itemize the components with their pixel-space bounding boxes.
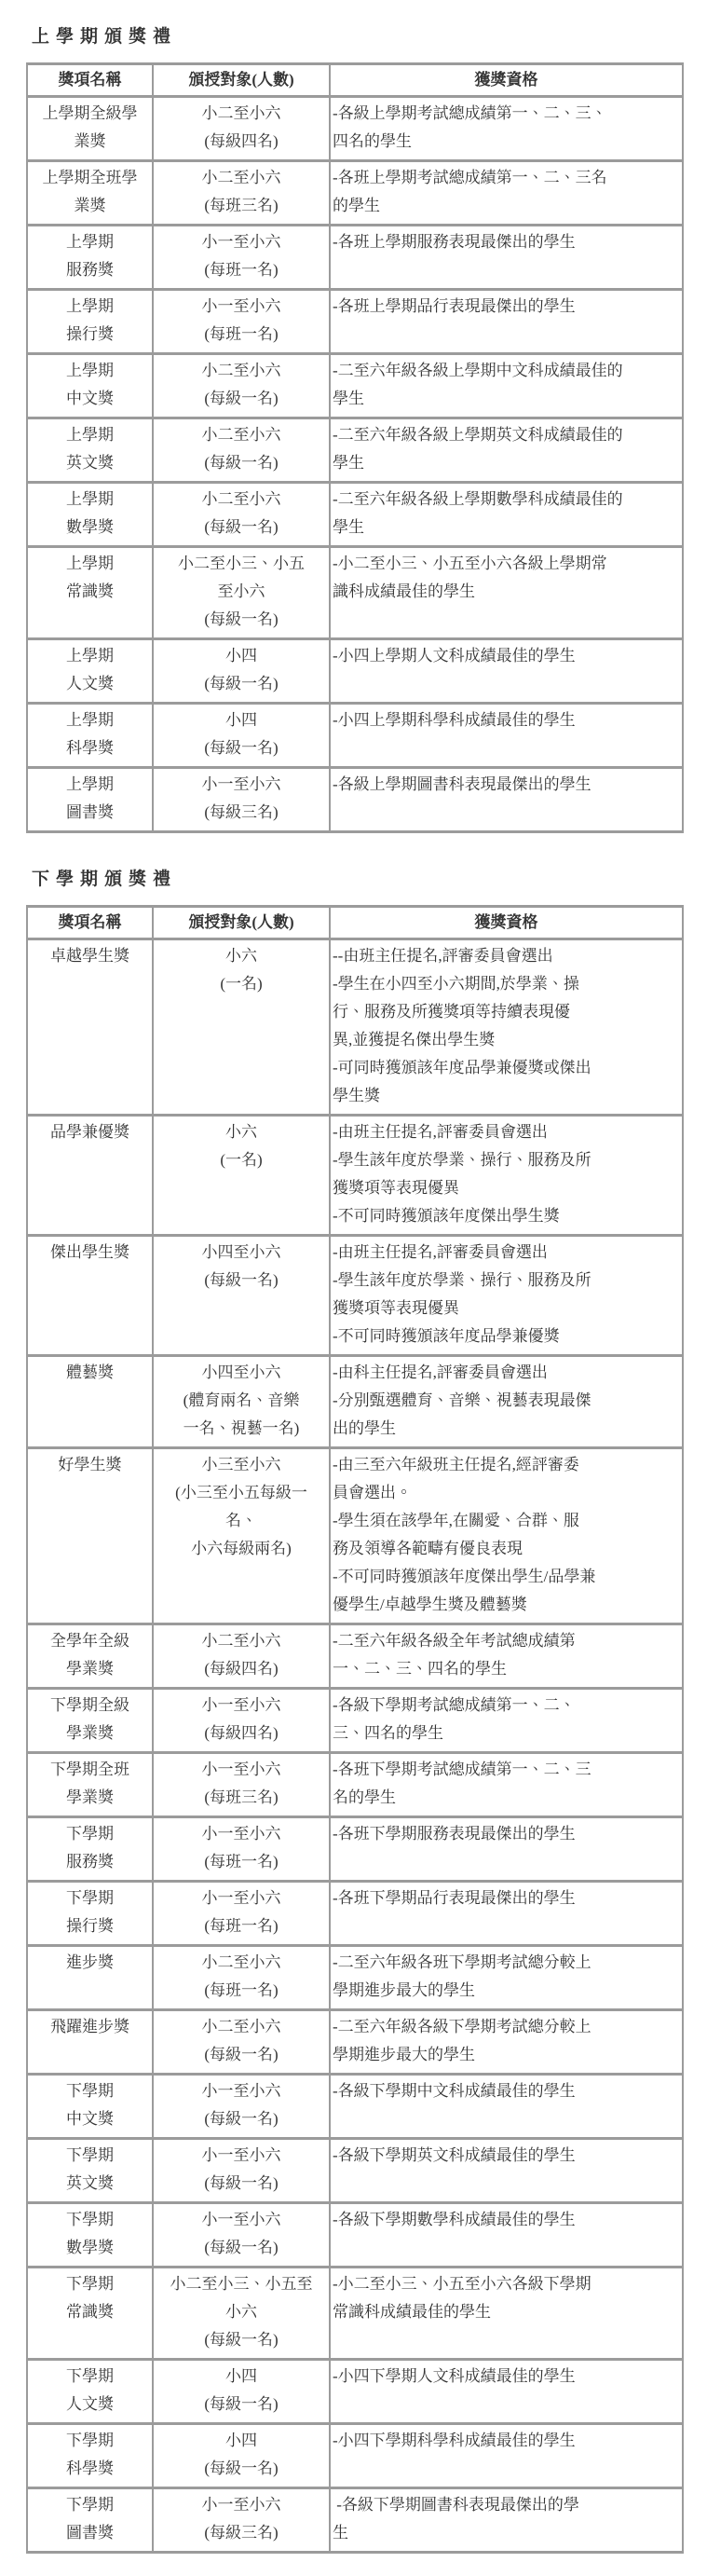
table-row: 卓越學生獎 小六 (一名) --由班主任提名,評審委員會選出 -學生在小四至小六… bbox=[27, 939, 683, 1116]
award-name-cell: 上學期 常識獎 bbox=[27, 547, 153, 639]
table-row: 體藝獎 小四至小六 (體育兩名、音樂 一名、視藝一名) -由科主任提名,評審委員… bbox=[27, 1356, 683, 1448]
table-row: 下學期 英文獎 小一至小六 (每級一名) -各級下學期英文科成績最佳的學生 bbox=[27, 2139, 683, 2203]
award-name-cell: 傑出學生獎 bbox=[27, 1236, 153, 1356]
table-row: 上學期 常識獎 小二至小三、小五 至小六 (每級一名) -小二至小三、小五至小六… bbox=[27, 547, 683, 639]
recipients-cell: 小六 (一名) bbox=[153, 939, 330, 1116]
table-row: 下學期全級 學業獎 小一至小六 (每級四名) -各級下學期考試總成績第一、二、 … bbox=[27, 1689, 683, 1753]
award-name-cell: 下學期 人文獎 bbox=[27, 2360, 153, 2424]
recipients-cell: 小二至小六 (每級一名) bbox=[153, 354, 330, 418]
table-row: 下學期 圖書獎 小一至小六 (每級三名) -各級下學期圖書科表現最傑出的學 生 bbox=[27, 2488, 683, 2553]
recipients-cell: 小二至小六 (每級一名) bbox=[153, 418, 330, 483]
award-name-cell: 下學期 數學獎 bbox=[27, 2203, 153, 2268]
first-term-awards-table: 獎項名稱 頒授對象(人數) 獲獎資格 上學期全級學 業獎 小二至小六 (每級四名… bbox=[26, 62, 684, 833]
award-name-cell: 下學期全班 學業獎 bbox=[27, 1753, 153, 1817]
criteria-cell: -二至六年級各級上學期英文科成績最佳的 學生 bbox=[330, 418, 683, 483]
criteria-cell: -各班上學期考試總成績第一、二、三名 的學生 bbox=[330, 161, 683, 226]
first-term-section: 上學期頒獎禮 獎項名稱 頒授對象(人數) 獲獎資格 上學期全級學 業獎 小二至小… bbox=[26, 22, 683, 833]
recipients-cell: 小一至小六 (每班一名) bbox=[153, 1882, 330, 1946]
recipients-cell: 小四 (每級一名) bbox=[153, 2360, 330, 2424]
table-row: 好學生獎 小三至小六 (小三至小五每級一 名、 小六每級兩名) -由三至六年級班… bbox=[27, 1448, 683, 1624]
criteria-cell: -由班主任提名,評審委員會選出 -學生該年度於學業、操行、服務及所 獲獎項等表現… bbox=[330, 1236, 683, 1356]
award-name-cell: 下學期 服務獎 bbox=[27, 1817, 153, 1882]
criteria-cell: -各級下學期中文科成績最佳的學生 bbox=[330, 2075, 683, 2139]
criteria-cell: -各級下學期英文科成績最佳的學生 bbox=[330, 2139, 683, 2203]
recipients-cell: 小六 (一名) bbox=[153, 1116, 330, 1236]
criteria-cell: -小四下學期科學科成績最佳的學生 bbox=[330, 2424, 683, 2488]
table-row: 下學期 數學獎 小一至小六 (每級一名) -各級下學期數學科成績最佳的學生 bbox=[27, 2203, 683, 2268]
document-page: { "theme": { "background": "#ffffff", "t… bbox=[0, 0, 707, 2576]
award-name-cell: 下學期全級 學業獎 bbox=[27, 1689, 153, 1753]
second-term-awards-table: 獎項名稱 頒授對象(人數) 獲獎資格 卓越學生獎 小六 (一名) --由班主任提… bbox=[26, 905, 684, 2554]
recipients-cell: 小四至小六 (每級一名) bbox=[153, 1236, 330, 1356]
award-name-cell: 下學期 圖書獎 bbox=[27, 2488, 153, 2553]
table-row: 上學期 數學獎 小二至小六 (每級一名) -二至六年級各級上學期數學科成績最佳的… bbox=[27, 483, 683, 547]
award-name-cell: 上學期全級學 業獎 bbox=[27, 97, 153, 161]
criteria-cell: -小四上學期人文科成績最佳的學生 bbox=[330, 639, 683, 704]
table-header-row: 獎項名稱 頒授對象(人數) 獲獎資格 bbox=[27, 907, 683, 939]
recipients-cell: 小四 (每級一名) bbox=[153, 639, 330, 704]
criteria-cell: -各級上學期考試總成績第一、二、三、 四名的學生 bbox=[330, 97, 683, 161]
recipients-cell: 小二至小六 (每級一名) bbox=[153, 483, 330, 547]
criteria-cell: -各級上學期圖書科表現最傑出的學生 bbox=[330, 768, 683, 832]
table-body: 卓越學生獎 小六 (一名) --由班主任提名,評審委員會選出 -學生在小四至小六… bbox=[27, 939, 683, 2553]
criteria-cell: -各班下學期服務表現最傑出的學生 bbox=[330, 1817, 683, 1882]
recipients-cell: 小二至小三、小五至 小六 (每級一名) bbox=[153, 2268, 330, 2360]
criteria-cell: --由班主任提名,評審委員會選出 -學生在小四至小六期間,於學業、操 行、服務及… bbox=[330, 939, 683, 1116]
award-name-cell: 上學期 服務獎 bbox=[27, 226, 153, 290]
recipients-cell: 小二至小三、小五 至小六 (每級一名) bbox=[153, 547, 330, 639]
table-row: 上學期 人文獎 小四 (每級一名) -小四上學期人文科成績最佳的學生 bbox=[27, 639, 683, 704]
table-row: 傑出學生獎 小四至小六 (每級一名) -由班主任提名,評審委員會選出 -學生該年… bbox=[27, 1236, 683, 1356]
award-name-cell: 好學生獎 bbox=[27, 1448, 153, 1624]
table-row: 下學期 操行獎 小一至小六 (每班一名) -各班下學期品行表現最傑出的學生 bbox=[27, 1882, 683, 1946]
table-row: 上學期 服務獎 小一至小六 (每班一名) -各班上學期服務表現最傑出的學生 bbox=[27, 226, 683, 290]
award-name-cell: 品學兼優獎 bbox=[27, 1116, 153, 1236]
first-term-title: 上學期頒獎禮 bbox=[32, 22, 683, 48]
table-row: 上學期 圖書獎 小一至小六 (每級三名) -各級上學期圖書科表現最傑出的學生 bbox=[27, 768, 683, 832]
criteria-cell: -二至六年級各級上學期數學科成績最佳的 學生 bbox=[330, 483, 683, 547]
recipients-cell: 小三至小六 (小三至小五每級一 名、 小六每級兩名) bbox=[153, 1448, 330, 1624]
award-name-cell: 飛躍進步獎 bbox=[27, 2010, 153, 2075]
recipients-cell: 小一至小六 (每級一名) bbox=[153, 2203, 330, 2268]
award-name-cell: 上學期 英文獎 bbox=[27, 418, 153, 483]
table-row: 下學期全班 學業獎 小一至小六 (每班三名) -各班下學期考試總成績第一、二、三… bbox=[27, 1753, 683, 1817]
table-row: 上學期 科學獎 小四 (每級一名) -小四上學期科學科成績最佳的學生 bbox=[27, 704, 683, 768]
award-name-cell: 上學期 數學獎 bbox=[27, 483, 153, 547]
recipients-cell: 小一至小六 (每班三名) bbox=[153, 1753, 330, 1817]
header-criteria: 獲獎資格 bbox=[330, 64, 683, 97]
recipients-cell: 小二至小六 (每級四名) bbox=[153, 97, 330, 161]
table-body: 上學期全級學 業獎 小二至小六 (每級四名) -各級上學期考試總成績第一、二、三… bbox=[27, 97, 683, 832]
criteria-cell: -由三至六年級班主任提名,經評審委 員會選出。 -學生須在該學年,在關愛、合群、… bbox=[330, 1448, 683, 1624]
recipients-cell: 小一至小六 (每級三名) bbox=[153, 2488, 330, 2553]
award-name-cell: 下學期 中文獎 bbox=[27, 2075, 153, 2139]
award-name-cell: 下學期 科學獎 bbox=[27, 2424, 153, 2488]
recipients-cell: 小二至小六 (每班三名) bbox=[153, 161, 330, 226]
criteria-cell: -小二至小三、小五至小六各級下學期 常識科成績最佳的學生 bbox=[330, 2268, 683, 2360]
table-header-row: 獎項名稱 頒授對象(人數) 獲獎資格 bbox=[27, 64, 683, 97]
criteria-cell: -小四下學期人文科成績最佳的學生 bbox=[330, 2360, 683, 2424]
criteria-cell: -各級下學期數學科成績最佳的學生 bbox=[330, 2203, 683, 2268]
criteria-cell: -各級下學期圖書科表現最傑出的學 生 bbox=[330, 2488, 683, 2553]
header-recipients: 頒授對象(人數) bbox=[153, 907, 330, 939]
table-row: 上學期 英文獎 小二至小六 (每級一名) -二至六年級各級上學期英文科成績最佳的… bbox=[27, 418, 683, 483]
award-name-cell: 上學期 圖書獎 bbox=[27, 768, 153, 832]
table-row: 下學期 中文獎 小一至小六 (每級一名) -各級下學期中文科成績最佳的學生 bbox=[27, 2075, 683, 2139]
criteria-cell: -二至六年級各班下學期考試總分較上 學期進步最大的學生 bbox=[330, 1946, 683, 2010]
header-recipients: 頒授對象(人數) bbox=[153, 64, 330, 97]
recipients-cell: 小一至小六 (每級一名) bbox=[153, 2139, 330, 2203]
criteria-cell: -二至六年級各級下學期考試總分較上 學期進步最大的學生 bbox=[330, 2010, 683, 2075]
recipients-cell: 小一至小六 (每班一名) bbox=[153, 226, 330, 290]
table-row: 進步獎 小二至小六 (每班一名) -二至六年級各班下學期考試總分較上 學期進步最… bbox=[27, 1946, 683, 2010]
award-name-cell: 上學期 中文獎 bbox=[27, 354, 153, 418]
table-row: 品學兼優獎 小六 (一名) -由班主任提名,評審委員會選出 -學生該年度於學業、… bbox=[27, 1116, 683, 1236]
header-award-name: 獎項名稱 bbox=[27, 64, 153, 97]
table-row: 上學期全班學 業獎 小二至小六 (每班三名) -各班上學期考試總成績第一、二、三… bbox=[27, 161, 683, 226]
award-name-cell: 下學期 常識獎 bbox=[27, 2268, 153, 2360]
recipients-cell: 小四 (每級一名) bbox=[153, 2424, 330, 2488]
criteria-cell: -各班上學期服務表現最傑出的學生 bbox=[330, 226, 683, 290]
award-name-cell: 下學期 操行獎 bbox=[27, 1882, 153, 1946]
award-name-cell: 上學期 科學獎 bbox=[27, 704, 153, 768]
award-name-cell: 進步獎 bbox=[27, 1946, 153, 2010]
criteria-cell: -由班主任提名,評審委員會選出 -學生該年度於學業、操行、服務及所 獲獎項等表現… bbox=[330, 1116, 683, 1236]
criteria-cell: -小二至小三、小五至小六各級上學期常 識科成績最佳的學生 bbox=[330, 547, 683, 639]
award-name-cell: 上學期全班學 業獎 bbox=[27, 161, 153, 226]
table-row: 下學期 人文獎 小四 (每級一名) -小四下學期人文科成績最佳的學生 bbox=[27, 2360, 683, 2424]
award-name-cell: 上學期 操行獎 bbox=[27, 290, 153, 354]
recipients-cell: 小一至小六 (每級一名) bbox=[153, 2075, 330, 2139]
criteria-cell: -各級下學期考試總成績第一、二、 三、四名的學生 bbox=[330, 1689, 683, 1753]
criteria-cell: -各班下學期品行表現最傑出的學生 bbox=[330, 1882, 683, 1946]
recipients-cell: 小二至小六 (每班一名) bbox=[153, 1946, 330, 2010]
table-row: 下學期 科學獎 小四 (每級一名) -小四下學期科學科成績最佳的學生 bbox=[27, 2424, 683, 2488]
table-row: 飛躍進步獎 小二至小六 (每級一名) -二至六年級各級下學期考試總分較上 學期進… bbox=[27, 2010, 683, 2075]
recipients-cell: 小二至小六 (每級四名) bbox=[153, 1624, 330, 1689]
table-row: 下學期 服務獎 小一至小六 (每班一名) -各班下學期服務表現最傑出的學生 bbox=[27, 1817, 683, 1882]
recipients-cell: 小一至小六 (每班一名) bbox=[153, 290, 330, 354]
header-criteria: 獲獎資格 bbox=[330, 907, 683, 939]
recipients-cell: 小一至小六 (每級三名) bbox=[153, 768, 330, 832]
recipients-cell: 小二至小六 (每級一名) bbox=[153, 2010, 330, 2075]
recipients-cell: 小四至小六 (體育兩名、音樂 一名、視藝一名) bbox=[153, 1356, 330, 1448]
award-name-cell: 全學年全級 學業獎 bbox=[27, 1624, 153, 1689]
table-row: 全學年全級 學業獎 小二至小六 (每級四名) -二至六年級各級全年考試總成績第 … bbox=[27, 1624, 683, 1689]
criteria-cell: -二至六年級各級全年考試總成績第 一、二、三、四名的學生 bbox=[330, 1624, 683, 1689]
recipients-cell: 小一至小六 (每級四名) bbox=[153, 1689, 330, 1753]
criteria-cell: -二至六年級各級上學期中文科成績最佳的 學生 bbox=[330, 354, 683, 418]
criteria-cell: -各班上學期品行表現最傑出的學生 bbox=[330, 290, 683, 354]
header-award-name: 獎項名稱 bbox=[27, 907, 153, 939]
award-name-cell: 上學期 人文獎 bbox=[27, 639, 153, 704]
award-name-cell: 體藝獎 bbox=[27, 1356, 153, 1448]
second-term-section: 下學期頒獎禮 獎項名稱 頒授對象(人數) 獲獎資格 卓越學生獎 小六 (一名) … bbox=[26, 865, 683, 2554]
table-row: 上學期 操行獎 小一至小六 (每班一名) -各班上學期品行表現最傑出的學生 bbox=[27, 290, 683, 354]
criteria-cell: -小四上學期科學科成績最佳的學生 bbox=[330, 704, 683, 768]
criteria-cell: -由科主任提名,評審委員會選出 -分別甄選體育、音樂、視藝表現最傑 出的學生 bbox=[330, 1356, 683, 1448]
award-name-cell: 卓越學生獎 bbox=[27, 939, 153, 1116]
recipients-cell: 小一至小六 (每班一名) bbox=[153, 1817, 330, 1882]
table-row: 上學期全級學 業獎 小二至小六 (每級四名) -各級上學期考試總成績第一、二、三… bbox=[27, 97, 683, 161]
table-row: 下學期 常識獎 小二至小三、小五至 小六 (每級一名) -小二至小三、小五至小六… bbox=[27, 2268, 683, 2360]
table-row: 上學期 中文獎 小二至小六 (每級一名) -二至六年級各級上學期中文科成績最佳的… bbox=[27, 354, 683, 418]
award-name-cell: 下學期 英文獎 bbox=[27, 2139, 153, 2203]
criteria-cell: -各班下學期考試總成績第一、二、三 名的學生 bbox=[330, 1753, 683, 1817]
recipients-cell: 小四 (每級一名) bbox=[153, 704, 330, 768]
second-term-title: 下學期頒獎禮 bbox=[32, 865, 683, 890]
